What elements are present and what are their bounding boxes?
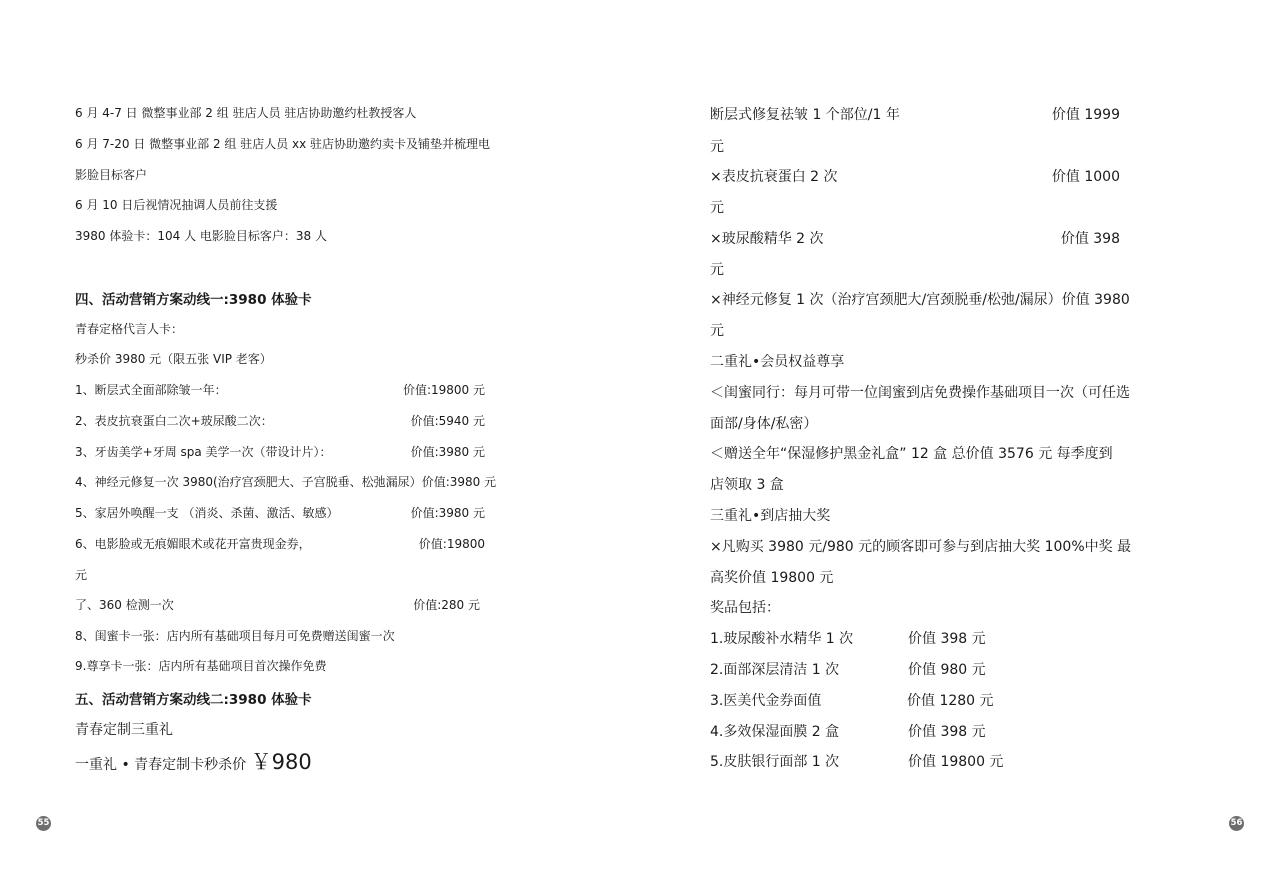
benefit-row: 3、牙齿美学+牙周 spa 美学一次（带设计片）： 价值:3980 元 bbox=[75, 443, 485, 460]
benefit-label: 元 bbox=[75, 566, 87, 583]
schedule-summary: 3980 体验卡：104 人 电影脸目标客户：38 人 bbox=[75, 227, 485, 244]
gift1-item-continuation: 元 bbox=[710, 197, 1120, 217]
gift2-line: ＜闺蜜同行：每月可带一位闺蜜到店免费操作基础项目一次（可任选 bbox=[710, 382, 1120, 402]
benefit-value: 价值:3980 元 bbox=[422, 473, 496, 490]
left-page: 6 月 4-7 日 微整事业部 2 组 驻店人员 驻店协助邀约杜教授客人 6 月… bbox=[0, 0, 640, 875]
benefit-label: 4、神经元修复一次 3980(治疗宫颈肥大、子宫脱垂、松弛漏尿） bbox=[75, 473, 422, 490]
gift1-item-row: 断层式修复祛皱 1 个部位/1 年 价值 1999 bbox=[710, 104, 1120, 124]
prize-value: 价值 398 元 bbox=[908, 724, 986, 740]
prize-value: 价值 398 元 bbox=[908, 631, 986, 647]
section-5-heading: 五、活动营销方案动线二:3980 体验卡 bbox=[75, 688, 485, 708]
benefit-label: 2、表皮抗衰蛋白二次+玻尿酸二次： bbox=[75, 412, 273, 429]
gift1-item-value: 价值 398 bbox=[1061, 228, 1120, 248]
right-page: 断层式修复祛皱 1 个部位/1 年 价值 1999 元 ×表皮抗衰蛋白 2 次 … bbox=[640, 0, 1280, 875]
prize-name: 2.面部深层清洁 1 次 bbox=[710, 659, 908, 679]
gift1-price: ￥980 bbox=[251, 750, 312, 774]
gift2-line: ＜赠送全年“保湿修护黑金礼盒” 12 盒 总价值 3576 元 每季度到 bbox=[710, 443, 1120, 463]
section-5-subtitle: 青春定制三重礼 bbox=[75, 719, 485, 739]
gift3-line: 高奖价值 19800 元 bbox=[710, 567, 1120, 587]
gift1-item-value: 价值 1000 bbox=[1052, 166, 1120, 186]
benefit-value: 价值:3980 元 bbox=[411, 504, 485, 521]
benefit-row: 1、断层式全面部除皱一年： 价值:19800 元 bbox=[75, 381, 485, 398]
prize-name: 3.医美代金券面值 bbox=[710, 690, 907, 710]
prize-value: 价值 19800 元 bbox=[908, 754, 1003, 770]
gift1-item-row: ×玻尿酸精华 2 次 价值 398 bbox=[710, 228, 1120, 248]
gift1-item-label: ×神经元修复 1 次（治疗宫颈肥大/宫颈脱垂/松弛/漏尿） bbox=[710, 289, 1062, 309]
prize-name: 1.玻尿酸补水精华 1 次 bbox=[710, 628, 908, 648]
page-number-badge: 56 bbox=[1229, 816, 1244, 831]
gift1-item-continuation: 元 bbox=[710, 320, 1120, 340]
gift1-item-value: 价值 1999 bbox=[1052, 104, 1120, 124]
prize-name: 4.多效保湿面膜 2 盒 bbox=[710, 721, 908, 741]
gift1-item-label: 断层式修复祛皱 1 个部位/1 年 bbox=[710, 104, 900, 124]
benefit-label: 5、家居外唤醒一支 （消炎、杀菌、激活、敏感） bbox=[75, 504, 338, 521]
flash-price: 秒杀价 3980 元（限五张 VIP 老客） bbox=[75, 350, 485, 367]
section-4-heading: 四、活动营销方案动线一:3980 体验卡 bbox=[75, 288, 485, 308]
benefit-label: 1、断层式全面部除皱一年： bbox=[75, 381, 227, 398]
gift1-text: 一重礼 • 青春定制卡秒杀价 bbox=[75, 757, 246, 773]
benefit-row: 5、家居外唤醒一支 （消炎、杀菌、激活、敏感） 价值:3980 元 bbox=[75, 504, 485, 521]
gift2-line: 店领取 3 盒 bbox=[710, 474, 1120, 494]
schedule-line: 6 月 7-20 日 微整事业部 2 组 驻店人员 xx 驻店协助邀约卖卡及铺垫… bbox=[75, 135, 485, 152]
gift1-item-label: ×玻尿酸精华 2 次 bbox=[710, 228, 824, 248]
card-name: 青春定格代言人卡： bbox=[75, 320, 485, 337]
prize-row: 5.皮肤银行面部 1 次价值 19800 元 bbox=[710, 751, 1120, 771]
benefit-extra: 8、闺蜜卡一张：店内所有基础项目每月可免费赠送闺蜜一次 bbox=[75, 627, 485, 644]
gift1-item-row: ×表皮抗衰蛋白 2 次 价值 1000 bbox=[710, 166, 1120, 186]
benefit-row: 4、神经元修复一次 3980(治疗宫颈肥大、子宫脱垂、松弛漏尿） 价值:3980… bbox=[75, 473, 485, 490]
benefit-value: 价值:3980 元 bbox=[411, 443, 485, 460]
benefit-value: 价值:19800 元 bbox=[403, 381, 485, 398]
prize-row: 4.多效保湿面膜 2 盒价值 398 元 bbox=[710, 721, 1120, 741]
gift2-title: 二重礼•会员权益尊享 bbox=[710, 351, 1120, 371]
schedule-line: 6 月 4-7 日 微整事业部 2 组 驻店人员 驻店协助邀约杜教授客人 bbox=[75, 104, 485, 121]
schedule-line: 影脸目标客户 bbox=[75, 166, 485, 183]
gift1-line: 一重礼 • 青春定制卡秒杀价 ￥980 bbox=[75, 746, 485, 776]
prize-row: 3.医美代金券面值价值 1280 元 bbox=[710, 690, 1120, 710]
prize-name: 5.皮肤银行面部 1 次 bbox=[710, 751, 908, 771]
gift3-title: 三重礼•到店抽大奖 bbox=[710, 505, 1120, 525]
benefit-extra: 9.尊享卡一张：店内所有基础项目首次操作免费 bbox=[75, 657, 485, 674]
prizes-label: 奖品包括： bbox=[710, 597, 1120, 617]
benefit-value: 价值:280 元 bbox=[413, 596, 480, 613]
gift1-item-row: ×神经元修复 1 次（治疗宫颈肥大/宫颈脱垂/松弛/漏尿） 价值 3980 bbox=[710, 289, 1120, 309]
prize-value: 价值 1280 元 bbox=[907, 693, 994, 709]
benefit-label: 3、牙齿美学+牙周 spa 美学一次（带设计片）： bbox=[75, 443, 332, 460]
gift3-line: ×凡购买 3980 元/980 元的顾客即可参与到店抽大奖 100%中奖 最 bbox=[710, 536, 1120, 556]
gift2-line: 面部/身体/私密） bbox=[710, 413, 1120, 433]
prize-row: 2.面部深层清洁 1 次价值 980 元 bbox=[710, 659, 1120, 679]
benefit-row: 了、360 检测一次 价值:280 元 bbox=[75, 596, 480, 613]
benefit-label: 了、360 检测一次 bbox=[75, 596, 174, 613]
gift1-item-value: 价值 3980 bbox=[1062, 289, 1130, 309]
gift1-item-label: ×表皮抗衰蛋白 2 次 bbox=[710, 166, 838, 186]
gift1-item-continuation: 元 bbox=[710, 136, 1120, 156]
gift1-item-continuation: 元 bbox=[710, 259, 1120, 279]
prize-value: 价值 980 元 bbox=[908, 662, 986, 678]
benefit-value: 价值:19800 bbox=[419, 535, 485, 552]
schedule-line: 6 月 10 日后视情况抽调人员前往支援 bbox=[75, 196, 485, 213]
benefit-row: 6、电影脸或无痕媚眼术或花开富贵现金券， 价值:19800 bbox=[75, 535, 485, 552]
benefit-row-continuation: 元 bbox=[75, 566, 485, 583]
prize-row: 1.玻尿酸补水精华 1 次价值 398 元 bbox=[710, 628, 1120, 648]
benefit-label: 6、电影脸或无痕媚眼术或花开富贵现金券， bbox=[75, 535, 311, 552]
benefit-value: 价值:5940 元 bbox=[411, 412, 485, 429]
page-number-badge: 55 bbox=[36, 816, 51, 831]
benefit-row: 2、表皮抗衰蛋白二次+玻尿酸二次： 价值:5940 元 bbox=[75, 412, 485, 429]
